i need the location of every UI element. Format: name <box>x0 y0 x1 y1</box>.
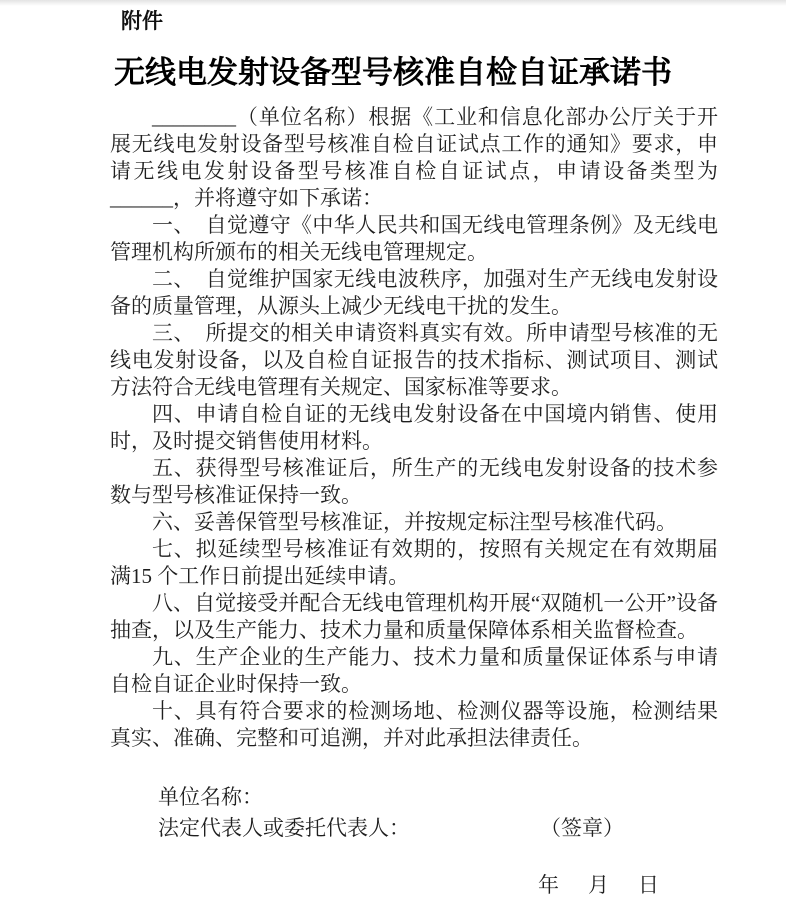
commitment-item-5: 五、获得型号核准证后，所生产的无线电发射设备的技术参数与型号核准证保持一致。 <box>110 455 718 509</box>
commitment-item-9: 九、生产企业的生产能力、技术力量和质量保证体系与申请自检自证企业时保持一致。 <box>110 644 718 698</box>
seal-label: （签章） <box>540 812 624 842</box>
date-line: 年 月 日 <box>538 869 663 899</box>
commitment-item-6: 六、妥善保管型号核准证，并按规定标注型号核准代码。 <box>110 509 718 536</box>
document-body: ________（单位名称）根据《工业和信息化部办公厅关于开展无线电发射设备型号… <box>110 104 718 752</box>
commitment-item-3: 三、 所提交的相关申请资料真实有效。所申请型号核准的无线电发射设备，以及自检自证… <box>110 320 718 401</box>
commitment-item-2: 二、 自觉维护国家无线电波秩序，加强对生产无线电发射设备的质量管理，从源头上减少… <box>110 266 718 320</box>
company-name-label: 单位名称： <box>158 781 263 811</box>
commitment-item-4: 四、申请自检自证的无线电发射设备在中国境内销售、使用时，及时提交销售使用材料。 <box>110 401 718 455</box>
intro-paragraph: ________（单位名称）根据《工业和信息化部办公厅关于开展无线电发射设备型号… <box>110 104 718 212</box>
commitment-item-10: 十、具有符合要求的检测场地、检测仪器等设施，检测结果真实、准确、完整和可追溯，并… <box>110 698 718 752</box>
attachment-label: 附件 <box>121 5 163 35</box>
document-page: 附件 无线电发射设备型号核准自检自证承诺书 ________（单位名称）根据《工… <box>0 0 786 919</box>
page-top-shadow <box>0 0 786 6</box>
representative-label: 法定代表人或委托代表人： <box>158 812 410 842</box>
commitment-item-1: 一、 自觉遵守《中华人民共和国无线电管理条例》及无线电管理机构所颁布的相关无线电… <box>110 212 718 266</box>
commitment-item-8: 八、自觉接受并配合无线电管理机构开展“双随机一公开”设备抽查，以及生产能力、技术… <box>110 590 718 644</box>
document-title: 无线电发射设备型号核准自检自证承诺书 <box>0 47 786 92</box>
commitment-item-7: 七、拟延续型号核准证有效期的，按照有关规定在有效期届满15 个工作日前提出延续申… <box>110 536 718 590</box>
